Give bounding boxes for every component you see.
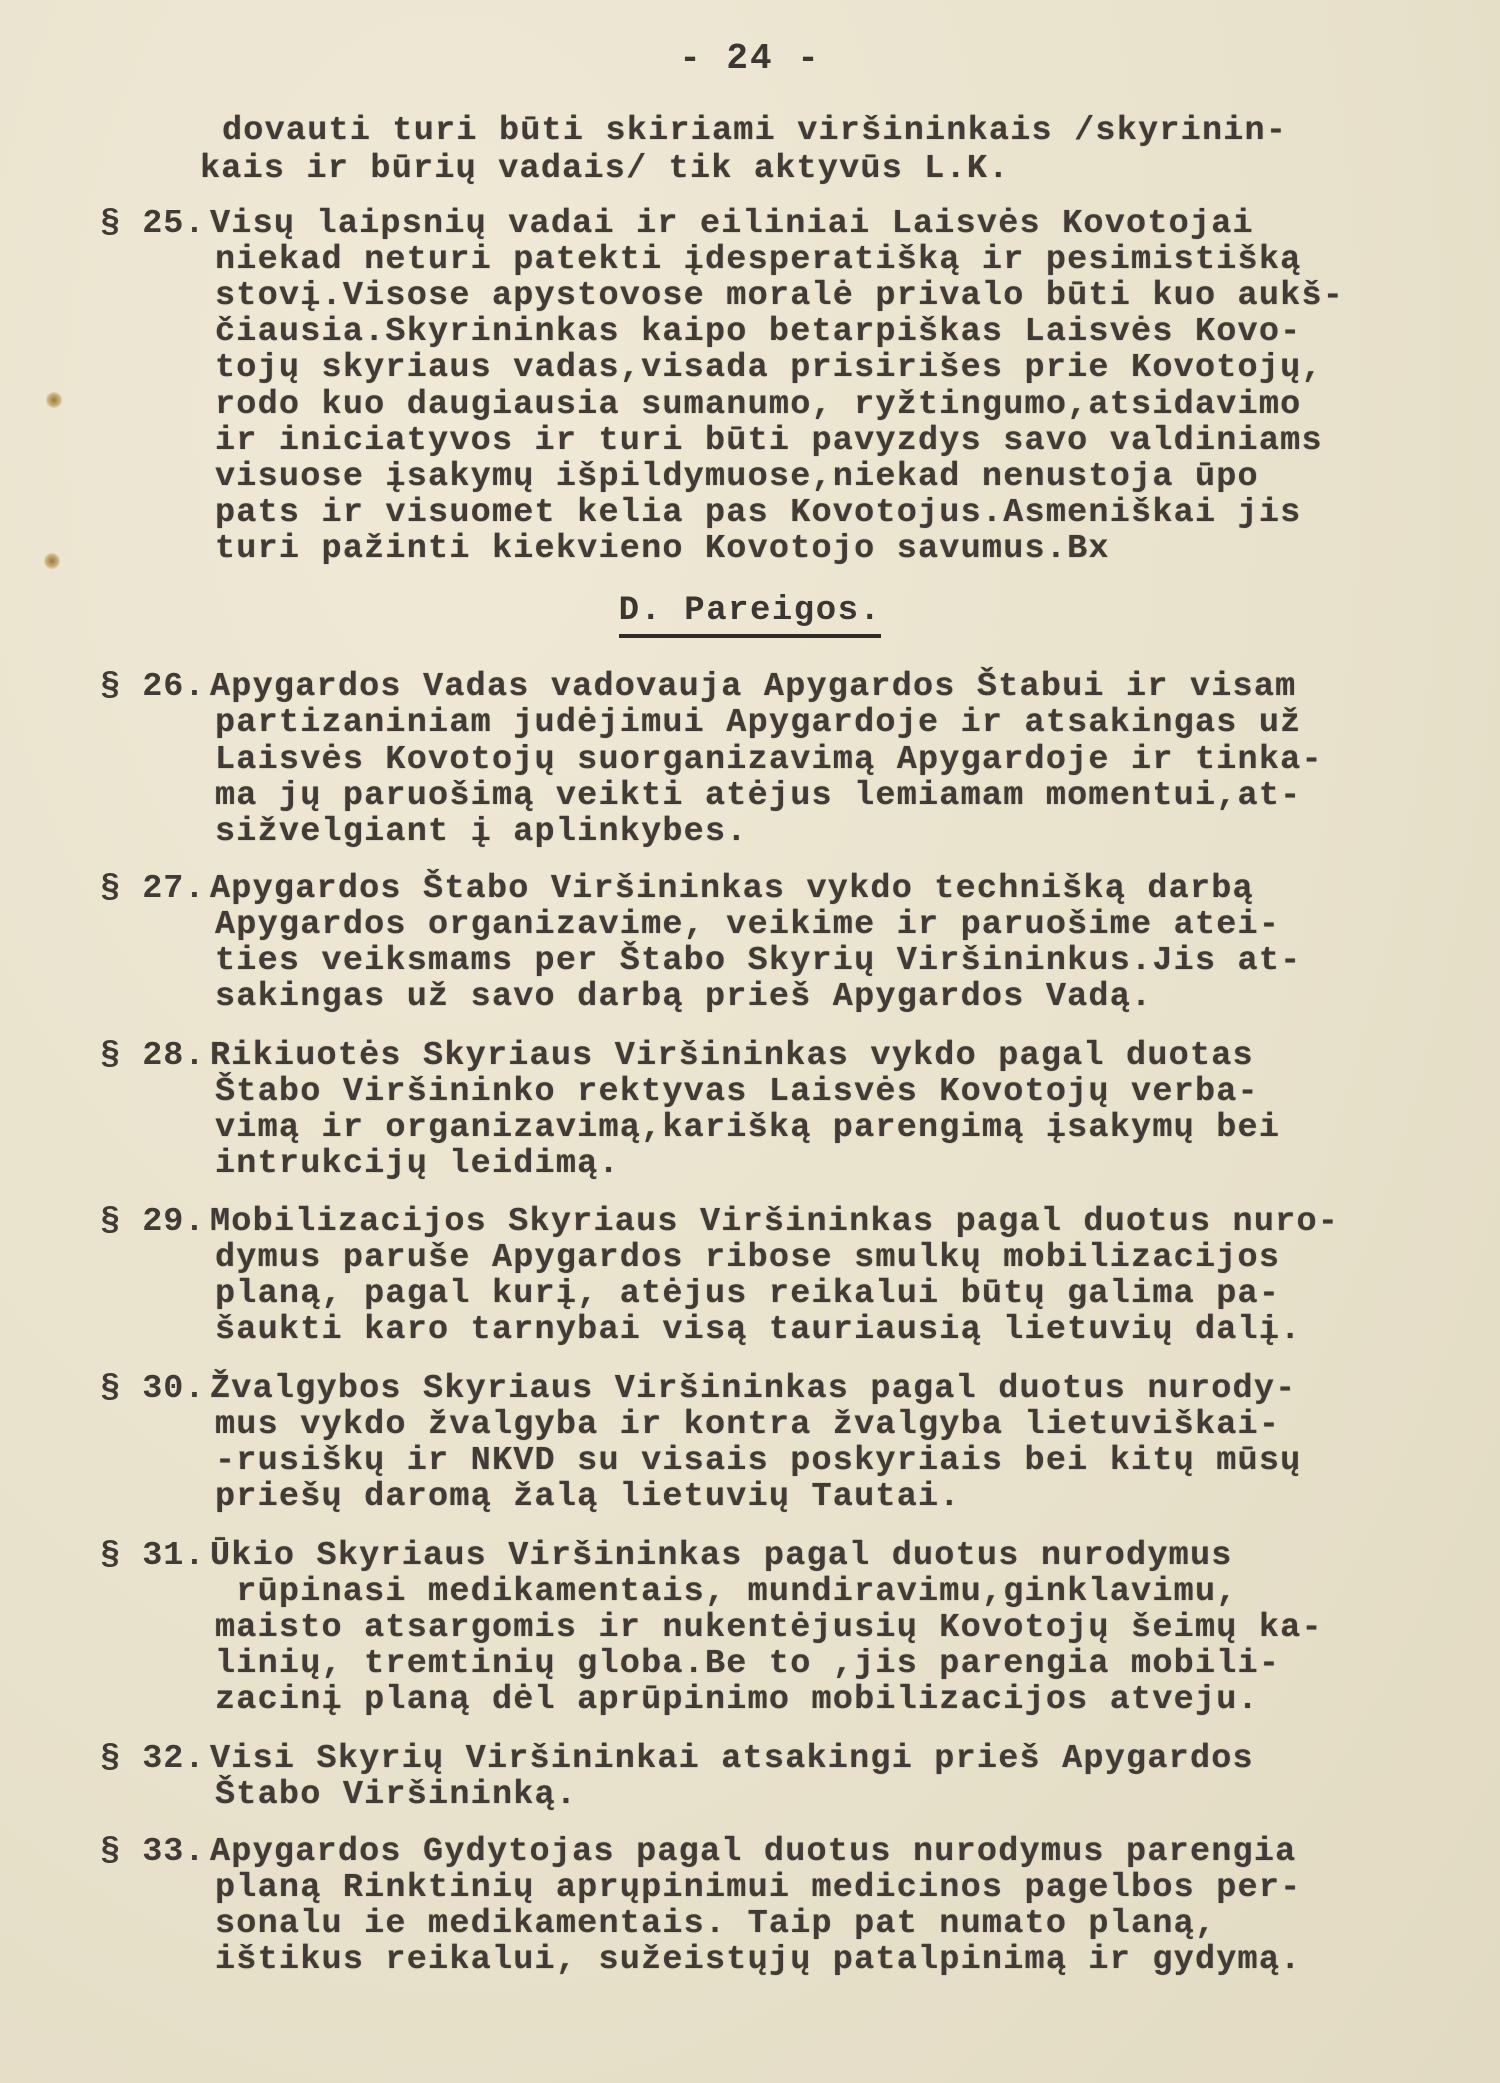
paragraph-line: visuose įsakymų išpildymuose,niekad nenu… [215, 458, 1259, 496]
paragraph-line: čiausia.Skyrininkas kaipo betarpiškas La… [215, 313, 1301, 351]
paragraph-line: Apygardos Gydytojas pagal duotus nurodym… [210, 1833, 1296, 1871]
continuation-line: kais ir būrių vadais/ tik aktyvūs L.K. [200, 150, 1010, 188]
paragraph-line: sonalu ie medikamentais. Taip pat numato… [215, 1905, 1216, 1943]
paragraph-line: partizaniniam judėjimui Apygardoje ir at… [215, 704, 1301, 742]
paragraph-line: sakingas už savo darbą prieš Apygardos V… [215, 978, 1152, 1016]
paragraph-line: priešų daromą žalą lietuvių Tautai. [215, 1478, 961, 1516]
paragraph-line: Visų laipsnių vadai ir eiliniai Laisvės … [210, 205, 1254, 243]
paragraph-line: niekad neturi patekti įdesperatišką ir p… [215, 241, 1301, 279]
paragraph-line: Ūkio Skyriaus Viršininkas pagal duotus n… [210, 1537, 1233, 1575]
paragraph-line: Štabo Viršininką. [215, 1776, 577, 1814]
paragraph-line: Apygardos organizavime, veikime ir paruo… [215, 906, 1280, 944]
paragraph-line: ties veiksmams per Štabo Skyrių Viršinin… [215, 942, 1301, 980]
paragraph-line: ir iniciatyvos ir turi būti pavyzdys sav… [215, 422, 1323, 460]
paragraph-line: stovį.Visose apystovose moralė privalo b… [215, 277, 1344, 315]
paragraph-line: Laisvės Kovotojų suorganizavimą Apygardo… [215, 741, 1323, 779]
paragraph-line: ma jų paruošimą veikti atėjus lemiamam m… [215, 777, 1301, 815]
paragraph-line: šaukti karo tarnybai visą tauriausią lie… [215, 1311, 1301, 1349]
paragraph-number: § 32. [100, 1740, 206, 1778]
paragraph-line: planą Rinktinių aprųpinimui medicinos pa… [215, 1869, 1301, 1907]
paragraph-number: § 26. [100, 668, 206, 706]
paragraph-line: pats ir visuomet kelia pas Kovotojus.Asm… [215, 494, 1301, 532]
section-heading-text: D. Pareigos. [619, 592, 882, 638]
paragraph-line: planą, pagal kurį, atėjus reikalui būtų … [215, 1275, 1280, 1313]
paragraph-number: § 33. [100, 1833, 206, 1871]
paragraph-line: Žvalgybos Skyriaus Viršininkas pagal duo… [210, 1370, 1296, 1408]
paragraph-line: turi pažinti kiekvieno Kovotojo savumus.… [215, 530, 1110, 568]
paragraph-line: Mobilizacijos Skyriaus Viršininkas pagal… [210, 1203, 1339, 1241]
paper-stain [44, 553, 60, 569]
section-heading: D. Pareigos. [0, 592, 1500, 630]
paragraph-line: Apygardos Vadas vadovauja Apygardos Štab… [210, 668, 1296, 706]
paragraph-number: § 27. [100, 870, 206, 908]
paragraph-number: § 28. [100, 1037, 206, 1075]
paragraph-line: Apygardos Štabo Viršininkas vykdo techni… [210, 870, 1254, 908]
paragraph-line: ištikus reikalui, sužeistųjų patalpinimą… [215, 1941, 1301, 1979]
paragraph-number: § 29. [100, 1203, 206, 1241]
paragraph-line: intrukcijų leidimą. [215, 1145, 620, 1183]
paragraph-line: zacinį planą dėl aprūpinimo mobilizacijo… [215, 1681, 1259, 1719]
paragraph-line: rūpinasi medikamentais, mundiravimu,gink… [215, 1573, 1238, 1611]
paragraph-line: dymus paruše Apygardos ribose smulkų mob… [215, 1239, 1280, 1277]
paragraph-line: rodo kuo daugiausia sumanumo, ryžtingumo… [215, 386, 1301, 424]
paragraph-line: mus vykdo žvalgyba ir kontra žvalgyba li… [215, 1406, 1280, 1444]
paragraph-line: tojų skyriaus vadas,visada prisirišes pr… [215, 349, 1323, 387]
paragraph-number: § 31. [100, 1537, 206, 1575]
paragraph-line: vimą ir organizavimą,karišką parengimą į… [215, 1109, 1280, 1147]
paragraph-line: Rikiuotės Skyriaus Viršininkas vykdo pag… [210, 1037, 1254, 1075]
paragraph-line: sižvelgiant į aplinkybes. [215, 813, 748, 851]
page-number: - 24 - [0, 38, 1500, 79]
paragraph-number: § 25. [100, 205, 206, 243]
paragraph-line: -rusiškų ir NKVD su visais poskyriais be… [215, 1442, 1301, 1480]
paragraph-line: linių, tremtinių globa.Be to ,jis pareng… [215, 1645, 1280, 1683]
paper-stain [46, 392, 62, 408]
paragraph-line: Visi Skyrių Viršininkai atsakingi prieš … [210, 1740, 1254, 1778]
paragraph-line: Štabo Viršininko rektyvas Laisvės Kovoto… [215, 1073, 1259, 1111]
continuation-line: dovauti turi būti skiriami viršininkais … [222, 112, 1287, 150]
paragraph-line: maisto atsargomis ir nukentėjusių Kovoto… [215, 1609, 1323, 1647]
paragraph-number: § 30. [100, 1370, 206, 1408]
